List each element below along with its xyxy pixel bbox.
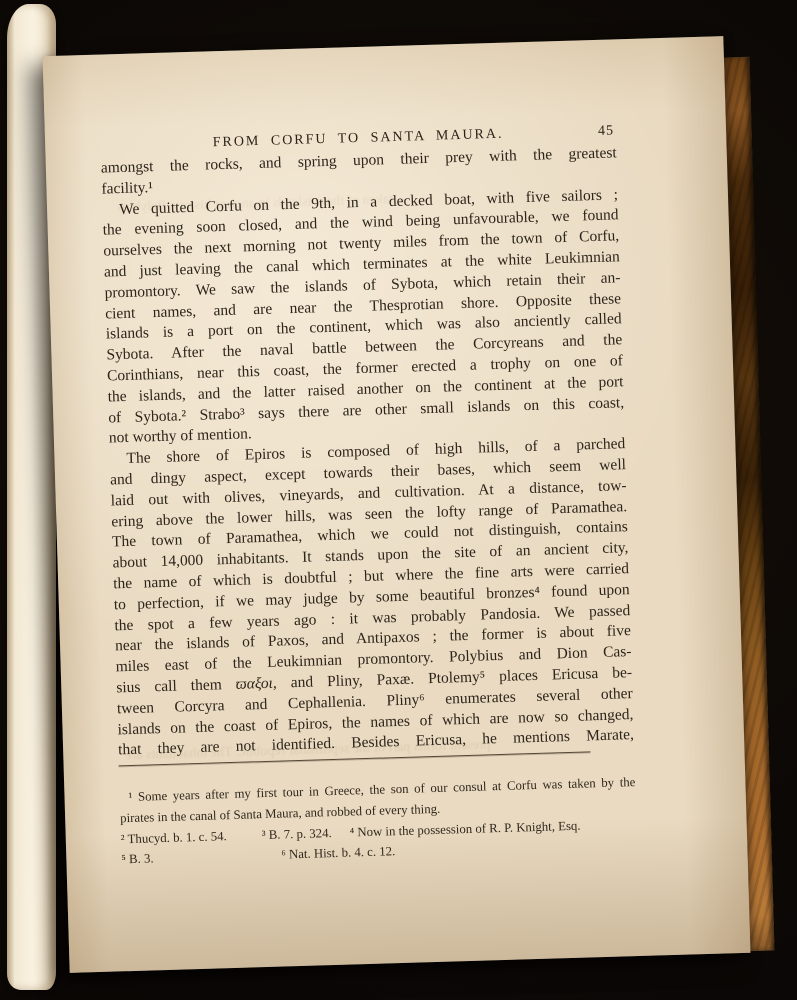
footnote-ref-5: ⁵ B. 3. <box>121 849 154 871</box>
photo-background: taken of these islands in ancient histor… <box>0 0 797 1000</box>
page-content: taken of these islands in ancient histor… <box>43 36 751 973</box>
body-text: amongst the rocks, and spring upon their… <box>101 143 635 761</box>
footnote-ref-3: ³ B. 7. p. 324. <box>261 823 332 846</box>
footnotes: ¹ Some years after my first tour in Gree… <box>119 772 637 870</box>
book-page: taken of these islands in ancient histor… <box>43 36 751 973</box>
text-segment: sius call them <box>116 676 236 697</box>
footnote-ref-6: ⁶ Nat. Hist. b. 4. c. 12. <box>281 842 396 866</box>
header-title: FROM CORFU TO SANTA MAURA. <box>212 127 503 151</box>
greek-word: ϖαξοι <box>235 675 273 693</box>
page-number: 45 <box>598 123 614 139</box>
